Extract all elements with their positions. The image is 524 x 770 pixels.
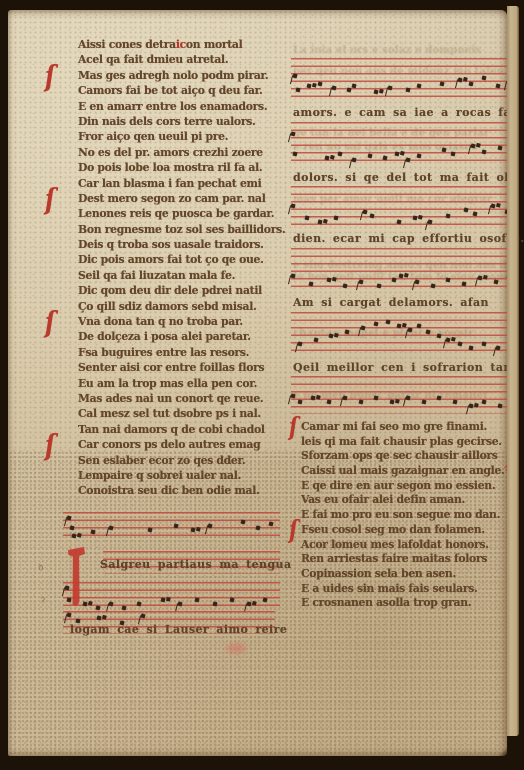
neume-note [457, 78, 462, 83]
pink-smudge [226, 643, 246, 654]
text-line: Car lan blasma i fan pechat emi [78, 177, 278, 192]
neume-note [291, 204, 296, 209]
text-line: Deis q troba sos uasale traidors. [78, 238, 278, 253]
text-line: Acel qa fait dmieu atretal. [78, 53, 278, 68]
text-line: Tan nai damors q de cobi chadol [78, 423, 278, 438]
neume-note [91, 530, 96, 535]
neume-note [446, 338, 451, 343]
music-lyric: amors. e cam sa iae a rocas fas ⟩ [293, 106, 524, 119]
neume-note [405, 396, 410, 401]
neume-note [306, 84, 311, 89]
neume-note [493, 280, 498, 285]
neume-note [383, 156, 388, 161]
text-line: Sen eslaber ecor zo qes dder. [78, 454, 278, 469]
neume-note [329, 334, 334, 339]
right-stanza-block: ſCamar mi fai seo mo gre finami.leis qi … [301, 420, 516, 611]
neume-note [358, 280, 363, 285]
neume-note [178, 602, 183, 607]
text-line: Vas eu ofair alei defin aman. [301, 493, 516, 508]
margin-scribble-1: ꝺ [37, 560, 44, 574]
neume-note [342, 284, 347, 289]
neume-note [462, 282, 467, 287]
text-line: E crosnanen asolla trop gran. [301, 596, 516, 611]
text-line: Ço qill sdiz damors sebd misal. [78, 300, 278, 315]
neume-note [136, 602, 141, 607]
neume-note [414, 280, 419, 285]
neume-note [95, 606, 100, 611]
right-music-column: La ioia el ors e solaz e dompneisper qeu… [291, 10, 516, 756]
neume-note [293, 152, 298, 157]
paragraph-mark-icon: ſ [289, 516, 297, 541]
neume-note [309, 282, 314, 287]
text-line: E fai mo pro eu son segue mo dan. [301, 508, 516, 523]
neume-note [318, 82, 323, 87]
text-line: No es del pr. amors crezhi zoere [78, 146, 278, 161]
neume-note [464, 208, 469, 213]
neume-note [428, 220, 433, 225]
neume-note [108, 526, 113, 531]
text-line: E qe dire en aur segon mo essien. [301, 479, 516, 494]
neume-note [457, 342, 462, 347]
neume-note [477, 276, 482, 281]
music-lyric: Qeil meillor cen i sofrarion tan. [293, 361, 516, 374]
neume-note [495, 84, 500, 89]
paragraph-mark-icon: ſ [45, 62, 55, 91]
neume-note [387, 86, 392, 91]
text-line: Senter aisi cor entre foillas flors [78, 361, 278, 376]
neume-note [417, 324, 422, 329]
neume-note [498, 404, 503, 409]
neume-note [147, 528, 152, 533]
text-line: Conoistra seu dic ben odie mal. [78, 484, 278, 499]
neume-note [360, 326, 365, 331]
music-lyric: dien. ecar mi cap effortiu osofre. [293, 232, 524, 245]
neume-note [369, 214, 374, 219]
neume-note [482, 76, 487, 81]
neume-note [173, 524, 178, 529]
music-staff [291, 248, 516, 293]
neume-note [212, 602, 217, 607]
neume-note [498, 146, 503, 151]
neume-note [441, 148, 446, 153]
text-line: De dolçeza i posa alei paretar. [78, 330, 278, 345]
neume-note [468, 82, 473, 87]
rubric-correction: ic [176, 38, 186, 51]
neume-note [453, 400, 458, 405]
neume-note [293, 74, 298, 79]
neume-note [405, 88, 410, 93]
text-line: Dic pois amors fai tot ço qe oue. [78, 253, 278, 268]
neume-note [345, 330, 350, 335]
text-line: Fror aiço qen ueuil pi pre. [78, 130, 278, 145]
neume-note [160, 598, 165, 603]
neume-note [121, 606, 126, 611]
neume-note [437, 396, 442, 401]
neume-note [75, 619, 80, 624]
neume-note [291, 394, 296, 399]
left-text-column: Aissi cones detraicon mortalAcel qa fait… [78, 38, 278, 500]
neume-note [240, 520, 245, 525]
neume-note [421, 400, 426, 405]
neume-note [450, 152, 455, 157]
text-line: ſMas ges adregh nolo podm pirar. [78, 69, 278, 84]
neume-note [417, 154, 422, 159]
neume-note [482, 400, 487, 405]
neume-note [495, 346, 500, 351]
manuscript-photo: Aissi cones detraicon mortalAcel qa fait… [0, 0, 524, 770]
music-staff [291, 58, 516, 103]
text-line: Camors fai be tot aiço q deu far. [78, 84, 278, 99]
neume-note [374, 322, 379, 327]
catchword-line: logam cae si Lauser aimo reire [70, 623, 287, 636]
neume-note [374, 396, 379, 401]
text-line: Seil qa fai liuzatan mala fe. [78, 269, 278, 284]
neume-note [256, 526, 261, 531]
music-staff [63, 582, 280, 612]
text-line: Lempaire q sobrei ualer nal. [78, 469, 278, 484]
text-line: E a uides sin mais fais seulars. [301, 582, 516, 597]
neume-note [405, 158, 410, 163]
neume-note [331, 86, 336, 91]
text-line: Ren arriestas faire maitas folors [301, 552, 516, 567]
neume-note [342, 396, 347, 401]
neume-note [417, 84, 422, 89]
neume-note [269, 522, 274, 527]
neume-note [408, 328, 413, 333]
text-line: ſDest mero segon zo cam par. nal [78, 192, 278, 207]
neume-note [96, 616, 101, 621]
music-staff [291, 122, 516, 167]
music-staff [63, 512, 280, 542]
neume-note [367, 154, 372, 159]
neume-note [351, 158, 356, 163]
text-line: ſVna dona tan q no troba par. [78, 315, 278, 330]
neume-note [297, 342, 302, 347]
neume-note [262, 598, 267, 603]
neume-note [426, 330, 431, 335]
neume-note [67, 516, 72, 521]
neume-note [71, 534, 76, 539]
neume-note [399, 274, 404, 279]
neume-note [374, 90, 379, 95]
text-line: ſFseu cosol seg mo dan folamen. [301, 523, 516, 538]
music-lyric: Salgreu partiaus ma tengua [100, 558, 291, 571]
neume-note [304, 216, 309, 221]
neume-note [291, 132, 296, 137]
text-line: Mas ades nai un conort qe reue. [78, 392, 278, 407]
paragraph-mark-icon: ſ [45, 185, 55, 214]
neume-note [390, 400, 395, 405]
text-line: Fsa buguires entre las resors. [78, 346, 278, 361]
neume-note [120, 621, 125, 626]
text-line: Bon regnesme toz sol ses baillidors. [78, 223, 278, 238]
neume-note [446, 278, 451, 283]
neume-note [351, 84, 356, 89]
neume-note [358, 400, 363, 405]
neume-note [363, 210, 368, 215]
text-line: leis qi ma fait chausir plas gecirse. [301, 435, 516, 450]
neume-note [468, 404, 473, 409]
neume-note [327, 400, 332, 405]
neume-note [396, 220, 401, 225]
text-line: Din nais dels cors terre ualors. [78, 115, 278, 130]
neume-note [311, 396, 316, 401]
text-line: Eu am la trop mas ella pen cor. [78, 377, 278, 392]
text-line: E en amarr entre los enamadors. [78, 100, 278, 115]
paragraph-mark-icon: ſ [45, 431, 55, 460]
text-line: Cal mesz sel tut dsobre ps i nal. [78, 407, 278, 422]
text-line: Dic qom deu dir dele pdrei natil [78, 284, 278, 299]
neume-note [230, 598, 235, 603]
neume-note [437, 334, 442, 339]
text-line: Sforzam ops qe sec chausir aillors [301, 449, 516, 464]
music-lyric: Am si cargat delamors. afan [293, 296, 489, 309]
neume-note [394, 152, 399, 157]
neume-note [247, 602, 252, 607]
text-line: Acor lomeu mes lafoldat honors. [301, 538, 516, 553]
neume-note [376, 284, 381, 289]
paragraph-mark-icon: ſ [289, 414, 297, 439]
neume-note [333, 216, 338, 221]
margin-scribble-2: ɂ [40, 595, 46, 605]
bleedthrough-text: La ioia el ors e solaz e dompneis [293, 45, 481, 56]
neume-note [208, 524, 213, 529]
neume-note [347, 88, 352, 93]
neume-note [141, 614, 146, 619]
text-line: ſCamar mi fai seo mo gre finami. [301, 420, 516, 435]
binding-shadow [490, 730, 524, 770]
neume-note [396, 324, 401, 329]
parchment-page: Aissi cones detraicon mortalAcel qa fait… [8, 10, 507, 756]
music-staff [291, 376, 516, 414]
neume-note [108, 602, 113, 607]
neume-note [195, 598, 200, 603]
neume-note [291, 274, 296, 279]
neume-note [327, 278, 332, 283]
music-lyric: dolors. si qe del tot ma fait obe [293, 171, 520, 184]
neume-note [295, 88, 300, 93]
neume-note [473, 212, 478, 217]
text-line: Lenones reis qe puosca be gardar. [78, 207, 278, 222]
neume-note [482, 342, 487, 347]
neume-note [412, 216, 417, 221]
paragraph-mark-icon: ſ [45, 308, 55, 337]
neume-note [385, 320, 390, 325]
neume-note [338, 152, 343, 157]
neume-note [67, 613, 72, 618]
neume-note [430, 284, 435, 289]
neume-note [471, 144, 476, 149]
music-staff [291, 186, 516, 231]
neume-note [482, 150, 487, 155]
neume-note [297, 400, 302, 405]
neume-note [69, 526, 74, 531]
neume-note [439, 82, 444, 87]
neume-note [318, 220, 323, 225]
text-line: Copinassion sela ben asen. [301, 567, 516, 582]
neume-note [446, 214, 451, 219]
neume-note [313, 338, 318, 343]
neume-note [324, 156, 329, 161]
text-line: Aissi cones detraicon mortal [78, 38, 278, 53]
neume-note [191, 528, 196, 533]
music-staff [103, 551, 280, 574]
neume-note [468, 346, 473, 351]
neume-note [491, 204, 496, 209]
text-line: Do pois lobe loa mostra ril fa al. [78, 161, 278, 176]
neume-note [392, 278, 397, 283]
music-staff [291, 312, 516, 357]
music-staff [63, 611, 275, 634]
red-initial-letter [68, 547, 85, 609]
next-page-edge [507, 6, 519, 736]
text-line: Caissi ual mais gazaignar en angle. [301, 464, 516, 479]
text-line: ſCar conors ps delo autres emag [78, 438, 278, 453]
